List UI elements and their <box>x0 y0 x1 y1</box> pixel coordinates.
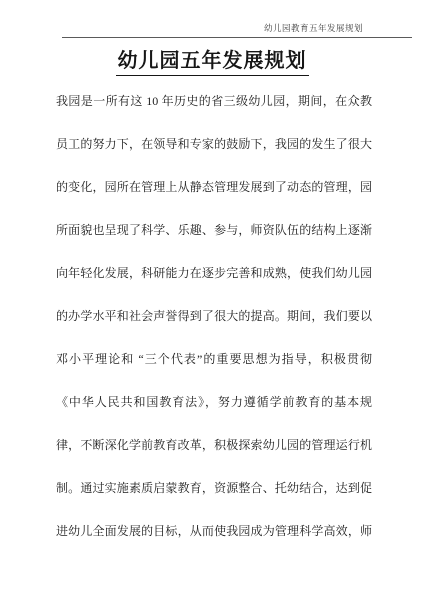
body-line: 进幼儿全面发展的目标，从而使我园成为管理科学高效，师 <box>56 510 372 553</box>
body-line: 《中华人民共和国教育法》，努力遵循学前教育的基本规 <box>56 381 372 424</box>
body-line: 员工的努力下，在领导和专家的鼓励下，我园的发生了很大 <box>56 123 372 166</box>
body-line: 向年轻化发展，科研能力在逐步完善和成熟，使我们幼儿园 <box>56 252 372 295</box>
body-line: 制。通过实施素质启蒙教育，资源整合、托幼结合，达到促 <box>56 467 372 510</box>
document-page: 幼儿园教育五年发展规划 幼儿园五年发展规划 我园是一所有这 10 年历史的省三级… <box>0 0 424 600</box>
body-line: 的办学水平和社会声誉得到了很大的提高。期间，我们要以 <box>56 295 372 338</box>
body-line: 的变化，园所在管理上从静态管理发展到了动态的管理，园 <box>56 166 372 209</box>
body-line: 我园是一所有这 10 年历史的省三级幼儿园，期间，在众教职 <box>56 80 372 123</box>
body-line: 邓小平理论和 “三个代表”的重要思想为指导，积极贯彻 <box>56 338 372 381</box>
document-body: 我园是一所有这 10 年历史的省三级幼儿园，期间，在众教职 员工的努力下，在领导… <box>56 80 372 553</box>
header-rule <box>62 37 412 38</box>
running-header-text: 幼儿园教育五年发展规划 <box>264 22 363 34</box>
body-line: 律，不断深化学前教育改革，积极探索幼儿园的管理运行机 <box>56 424 372 467</box>
document-title: 幼儿园五年发展规划 <box>116 44 309 76</box>
body-line: 所面貌也呈现了科学、乐趣、参与，师资队伍的结构上逐渐 <box>56 209 372 252</box>
title-row: 幼儿园五年发展规划 <box>0 44 424 76</box>
